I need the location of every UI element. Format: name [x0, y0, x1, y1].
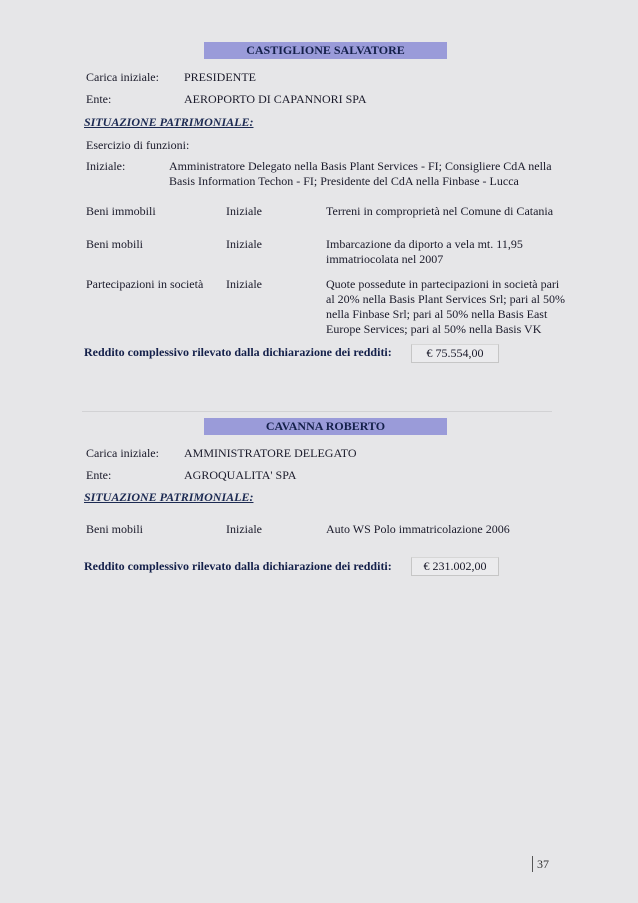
asset-description: Quote possedute in partecipazioni in soc… — [326, 277, 566, 337]
asset-type: Beni mobili — [86, 237, 143, 252]
asset-type: Partecipazioni in società — [86, 277, 203, 292]
ente-value: AEROPORTO DI CAPANNORI SPA — [184, 92, 367, 107]
asset-description: Imbarcazione da diporto a vela mt. 11,95… — [326, 237, 541, 267]
asset-description: Terreni in comproprietà nel Comune di Ca… — [326, 204, 566, 219]
ente-label: Ente: — [86, 92, 111, 107]
carica-value: PRESIDENTE — [184, 70, 256, 85]
iniziale-label: Iniziale: — [86, 159, 125, 174]
person-name-header: CAVANNA ROBERTO — [204, 418, 447, 435]
section-divider — [82, 411, 552, 412]
asset-phase: Iniziale — [226, 204, 262, 219]
asset-type: Beni immobili — [86, 204, 156, 219]
total-income-value: € 75.554,00 — [411, 344, 499, 363]
ente-label: Ente: — [86, 468, 111, 483]
esercizio-label: Esercizio di funzioni: — [86, 138, 189, 153]
asset-type: Beni mobili — [86, 522, 143, 537]
carica-label: Carica iniziale: — [86, 446, 159, 461]
person-name-header: CASTIGLIONE SALVATORE — [204, 42, 447, 59]
page-number: 37 — [532, 856, 549, 872]
carica-value: AMMINISTRATORE DELEGATO — [184, 446, 357, 461]
asset-description: Auto WS Polo immatricolazione 2006 — [326, 522, 510, 537]
asset-phase: Iniziale — [226, 277, 262, 292]
total-income-label: Reddito complessivo rilevato dalla dichi… — [84, 559, 392, 574]
asset-phase: Iniziale — [226, 237, 262, 252]
total-income-label: Reddito complessivo rilevato dalla dichi… — [84, 345, 392, 360]
section-title: SITUAZIONE PATRIMONIALE: — [84, 115, 253, 130]
ente-value: AGROQUALITA' SPA — [184, 468, 296, 483]
iniziale-value: Amministratore Delegato nella Basis Plan… — [169, 159, 554, 189]
section-title: SITUAZIONE PATRIMONIALE: — [84, 490, 253, 505]
asset-phase: Iniziale — [226, 522, 262, 537]
carica-label: Carica iniziale: — [86, 70, 159, 85]
total-income-value: € 231.002,00 — [411, 557, 499, 576]
